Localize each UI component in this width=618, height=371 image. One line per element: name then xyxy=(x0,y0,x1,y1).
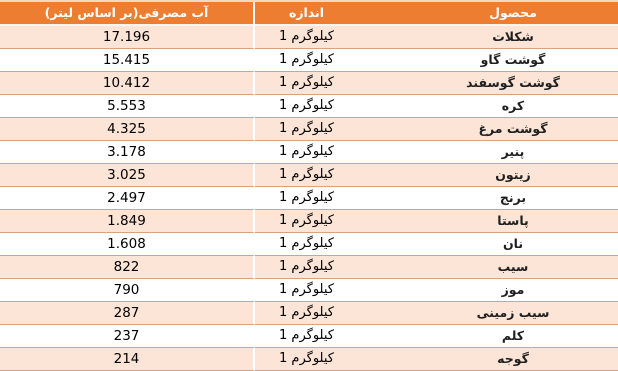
product-cell: کره xyxy=(408,95,618,118)
product-cell: نان xyxy=(408,233,618,256)
table-row-potato: سیب زمینی1 کیلوگرم287 xyxy=(0,302,618,325)
water-footprint-table: محصول اندازه آب مصرفی(بر اساس لیتر) شکلا… xyxy=(0,2,618,371)
column-header-size: اندازه xyxy=(255,2,408,26)
column-header-product: محصول xyxy=(408,2,618,26)
product-cell: گوشت گاو xyxy=(408,49,618,72)
water-value-cell: 3.178 xyxy=(0,141,255,164)
table-row-apple: سیب1 کیلوگرم822 xyxy=(0,256,618,279)
size-cell: 1 کیلوگرم xyxy=(255,302,408,325)
product-cell: سیب زمینی xyxy=(408,302,618,325)
product-cell: برنج xyxy=(408,187,618,210)
product-cell: پنیر xyxy=(408,141,618,164)
water-footprint-table-screen: محصول اندازه آب مصرفی(بر اساس لیتر) شکلا… xyxy=(0,0,618,371)
size-cell: 1 کیلوگرم xyxy=(255,348,408,371)
size-cell: 1 کیلوگرم xyxy=(255,26,408,49)
table-row-chocolate: شکلات1 کیلوگرم17.196 xyxy=(0,26,618,49)
water-value-cell: 214 xyxy=(0,348,255,371)
water-value-cell: 15.415 xyxy=(0,49,255,72)
product-cell: گوشت گوسفند xyxy=(408,72,618,95)
column-header-water-consumption: آب مصرفی(بر اساس لیتر) xyxy=(0,2,255,26)
size-cell: 1 کیلوگرم xyxy=(255,233,408,256)
water-value-cell: 17.196 xyxy=(0,26,255,49)
water-value-cell: 5.553 xyxy=(0,95,255,118)
table-row-chicken: گوشت مرغ1 کیلوگرم4.325 xyxy=(0,118,618,141)
size-cell: 1 کیلوگرم xyxy=(255,187,408,210)
product-cell: سیب xyxy=(408,256,618,279)
water-value-cell: 10.412 xyxy=(0,72,255,95)
table-row-tomato: گوجه1 کیلوگرم214 xyxy=(0,348,618,371)
product-cell: شکلات xyxy=(408,26,618,49)
size-cell: 1 کیلوگرم xyxy=(255,325,408,348)
table-row-lamb: گوشت گوسفند1 کیلوگرم10.412 xyxy=(0,72,618,95)
table-row-butter: کره1 کیلوگرم5.553 xyxy=(0,95,618,118)
water-value-cell: 1.849 xyxy=(0,210,255,233)
size-cell: 1 کیلوگرم xyxy=(255,95,408,118)
size-cell: 1 کیلوگرم xyxy=(255,72,408,95)
table-row-olive: زیتون1 کیلوگرم3.025 xyxy=(0,164,618,187)
table-row-cheese: پنیر1 کیلوگرم3.178 xyxy=(0,141,618,164)
table-row-bread: نان1 کیلوگرم1.608 xyxy=(0,233,618,256)
water-value-cell: 2.497 xyxy=(0,187,255,210)
size-cell: 1 کیلوگرم xyxy=(255,210,408,233)
water-value-cell: 4.325 xyxy=(0,118,255,141)
water-value-cell: 237 xyxy=(0,325,255,348)
table-row-rice: برنج1 کیلوگرم2.497 xyxy=(0,187,618,210)
size-cell: 1 کیلوگرم xyxy=(255,118,408,141)
header-row: محصول اندازه آب مصرفی(بر اساس لیتر) xyxy=(0,2,618,26)
water-value-cell: 287 xyxy=(0,302,255,325)
size-cell: 1 کیلوگرم xyxy=(255,49,408,72)
size-cell: 1 کیلوگرم xyxy=(255,279,408,302)
product-cell: پاستا xyxy=(408,210,618,233)
product-cell: موز xyxy=(408,279,618,302)
product-cell: کلم xyxy=(408,325,618,348)
table-row-pasta: پاستا1 کیلوگرم1.849 xyxy=(0,210,618,233)
table-row-cabbage: کلم1 کیلوگرم237 xyxy=(0,325,618,348)
product-cell: گوشت مرغ xyxy=(408,118,618,141)
table-body: شکلات1 کیلوگرم17.196گوشت گاو1 کیلوگرم15.… xyxy=(0,26,618,371)
size-cell: 1 کیلوگرم xyxy=(255,256,408,279)
water-value-cell: 1.608 xyxy=(0,233,255,256)
water-value-cell: 822 xyxy=(0,256,255,279)
table-row-beef: گوشت گاو1 کیلوگرم15.415 xyxy=(0,49,618,72)
size-cell: 1 کیلوگرم xyxy=(255,164,408,187)
water-value-cell: 3.025 xyxy=(0,164,255,187)
product-cell: زیتون xyxy=(408,164,618,187)
table-row-banana: موز1 کیلوگرم790 xyxy=(0,279,618,302)
water-value-cell: 790 xyxy=(0,279,255,302)
product-cell: گوجه xyxy=(408,348,618,371)
size-cell: 1 کیلوگرم xyxy=(255,141,408,164)
